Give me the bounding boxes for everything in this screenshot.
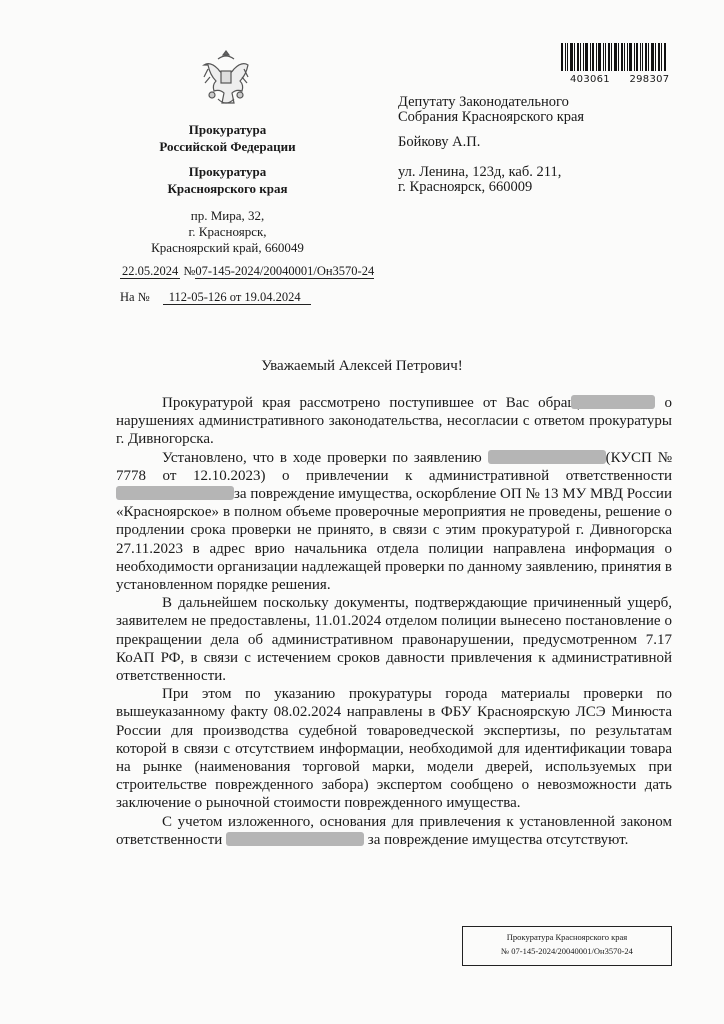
sender-suborg-line1: Прокуратура xyxy=(120,163,335,180)
outgoing-reference: 22.05.2024 №07-145-2024/20040001/Он3570-… xyxy=(120,263,374,279)
recipient-address: ул. Ленина, 123д, каб. 211, г. Красноярс… xyxy=(398,165,561,195)
barcode xyxy=(561,43,675,73)
barcode-right-digits: 298307 xyxy=(629,74,669,85)
stamp-line2: № 07-145-2024/20040001/Он3570-24 xyxy=(463,944,671,958)
p5-text-b: за повреждение имущества отсутствуют. xyxy=(368,832,629,848)
coat-of-arms-emblem-icon xyxy=(196,47,256,109)
p2-text-a: Установлено, что в ходе проверки по заяв… xyxy=(162,450,488,466)
sender-address-line2: г. Красноярск, xyxy=(120,224,335,240)
p2-text-c: за повреждение имущества, оскорбление ОП… xyxy=(116,486,672,593)
sender-org-title: Прокуратура Российской Федерации xyxy=(120,121,335,155)
reply-ref-value: 112-05-126 от 19.04.2024 xyxy=(163,291,311,305)
stamp-line1: Прокуратура Красноярского края xyxy=(463,930,671,944)
recipient-address-line2: г. Красноярск, 660009 xyxy=(398,180,561,195)
paragraph-4: При этом по указанию прокуратуры города … xyxy=(116,685,672,812)
letter-body: Прокуратурой края рассмотрено поступивше… xyxy=(116,394,672,849)
outgoing-date: 22.05.2024 xyxy=(120,265,180,279)
sender-suborg-line2: Красноярского края xyxy=(120,180,335,197)
recipient-address-line1: ул. Ленина, 123д, каб. 211, xyxy=(398,165,561,180)
paragraph-5: С учетом изложенного, основания для прив… xyxy=(116,813,672,849)
paragraph-1: Прокуратурой края рассмотрено поступивше… xyxy=(116,394,672,449)
recipient-line1: Депутату Законодательного xyxy=(398,95,584,110)
redacted-block xyxy=(488,450,606,464)
barcode-left-digits: 403061 xyxy=(570,74,610,85)
paragraph-3: В дальнейшем поскольку документы, подтве… xyxy=(116,594,672,685)
sender-org-line2: Российской Федерации xyxy=(120,138,335,155)
recipient-line2: Собрания Красноярского края xyxy=(398,110,584,125)
outgoing-number: 07-145-2024/20040001/Он3570-24 xyxy=(195,265,374,279)
reply-prefix: На № xyxy=(120,290,150,304)
recipient-title: Депутату Законодательного Собрания Красн… xyxy=(398,95,584,125)
p1-text-a: Прокуратурой края рассмотрено поступивше… xyxy=(162,395,608,411)
paragraph-2: Установлено, что в ходе проверки по заяв… xyxy=(116,449,672,595)
reply-reference: На № 112-05-126 от 19.04.2024 xyxy=(120,289,311,305)
number-sign: № xyxy=(183,264,195,278)
barcode-digits: 403061 298307 xyxy=(570,74,669,85)
sender-address-line3: Красноярский край, 660049 xyxy=(120,240,335,256)
sender-address: пр. Мира, 32, г. Красноярск, Красноярски… xyxy=(120,208,335,256)
sender-address-line1: пр. Мира, 32, xyxy=(120,208,335,224)
redacted-block xyxy=(571,395,655,409)
registration-stamp: Прокуратура Красноярского края № 07-145-… xyxy=(462,926,672,966)
redacted-block xyxy=(226,832,364,846)
sender-org-line1: Прокуратура xyxy=(120,121,335,138)
redacted-block xyxy=(116,486,234,500)
sender-suborg-title: Прокуратура Красноярского края xyxy=(120,163,335,197)
recipient-name: Бойкову А.П. xyxy=(398,135,480,150)
greeting: Уважаемый Алексей Петрович! xyxy=(0,358,724,375)
